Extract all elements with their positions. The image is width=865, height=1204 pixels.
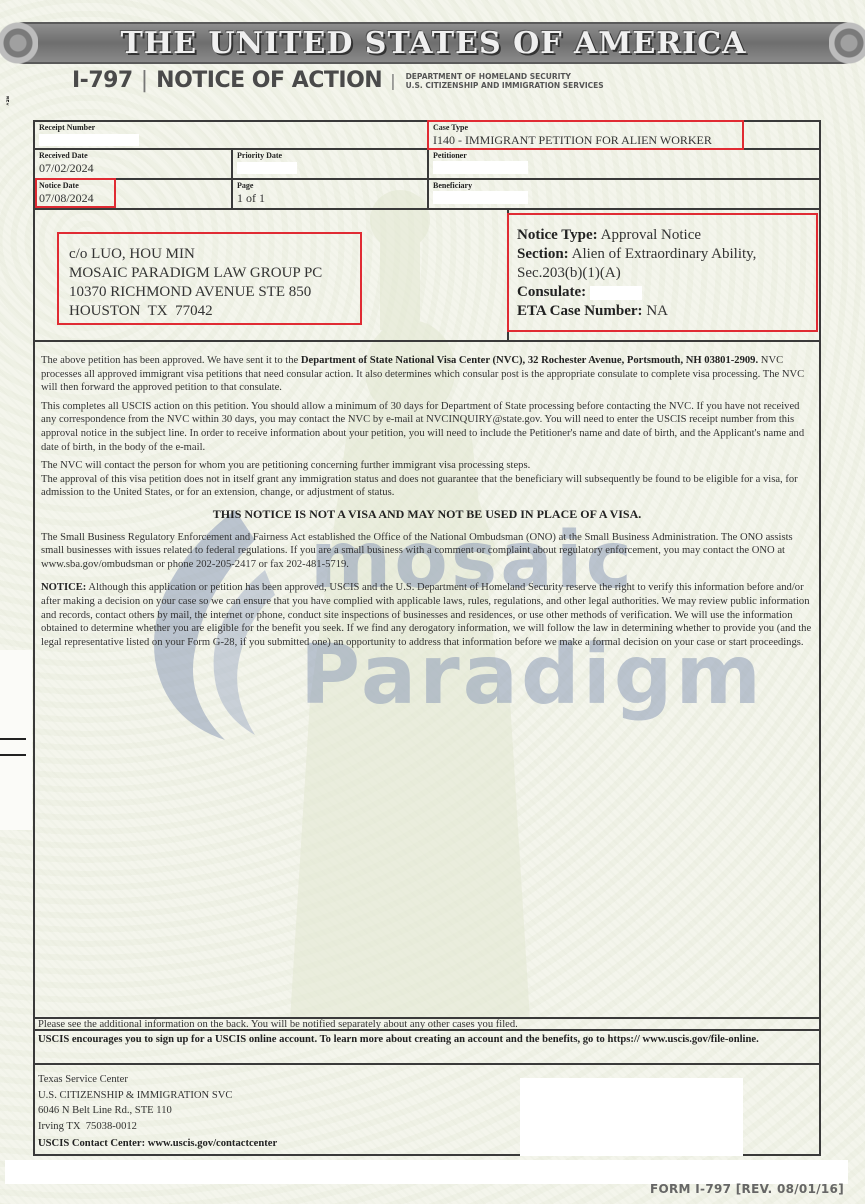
notice-label: NOTICE: xyxy=(41,582,86,593)
eta-case-number: ETA Case Number: NA xyxy=(517,302,819,321)
paragraph-nvc-contact: This completes all USCIS action on this … xyxy=(41,400,813,454)
address-line-4: HOUSTON TX 77042 xyxy=(69,302,322,321)
section-value-2: Sec.203(b)(1)(A) xyxy=(517,264,819,283)
form-revision: FORM I-797 [REV. 08/01/16] xyxy=(650,1182,844,1196)
beneficiary-cell: Beneficiary xyxy=(427,180,819,208)
page-label: Page xyxy=(237,181,423,191)
received-date-cell: Received Date 07/02/2024 xyxy=(35,150,231,178)
consulate-redacted xyxy=(590,286,642,300)
nvc-address: Department of State National Visa Center… xyxy=(301,355,758,366)
notice-body: The above petition has been approved. We… xyxy=(41,354,813,654)
section: Section: Alien of Extraordinary Ability, xyxy=(517,245,819,264)
priority-date-redacted xyxy=(237,162,297,174)
section-value: Alien of Extraordinary Ability, xyxy=(572,246,757,262)
eta-value: NA xyxy=(646,303,668,319)
notice-type-label: Notice Type: xyxy=(517,227,598,243)
department-line1: DEPARTMENT OF HOMELAND SECURITY xyxy=(406,72,571,81)
receipt-number-redacted xyxy=(39,134,139,146)
form-code: I-797 xyxy=(72,68,133,93)
paragraph-ombudsman: The Small Business Regulatory Enforcemen… xyxy=(41,531,813,572)
service-center-line-1: Texas Service Center xyxy=(38,1072,232,1088)
service-center-line-4: Irving TX 75038-0012 xyxy=(38,1119,232,1135)
form-name: NOTICE OF ACTION xyxy=(156,68,382,93)
petitioner-redacted xyxy=(433,161,528,174)
notice-text: Although this application or petition ha… xyxy=(41,582,811,647)
title-separator: | xyxy=(141,68,148,93)
notice-date-cell: Notice Date 07/08/2024 xyxy=(35,180,231,208)
scan-marks xyxy=(0,738,26,770)
contact-center: USCIS Contact Center: www.uscis.gov/cont… xyxy=(38,1138,277,1149)
paragraph-no-status: The approval of this visa petition does … xyxy=(41,473,813,500)
redacted-barcode xyxy=(520,1078,743,1156)
notice-date-value: 07/08/2024 xyxy=(39,191,227,205)
consulate-label: Consulate: xyxy=(517,284,586,300)
case-type-label: Case Type xyxy=(433,123,815,133)
receipt-number-label: Receipt Number xyxy=(39,123,423,133)
banner-title: THE UNITED STATES OF AMERICA xyxy=(121,26,747,61)
priority-date-label: Priority Date xyxy=(237,151,423,161)
petitioner-label: Petitioner xyxy=(433,151,815,161)
title-separator: | xyxy=(390,71,395,90)
consulate: Consulate: xyxy=(517,283,819,302)
row-notice-date: Notice Date 07/08/2024 Page 1 of 1 Benef… xyxy=(35,180,819,210)
notice-type: Notice Type: Approval Notice xyxy=(517,226,819,245)
mailing-address: c/o LUO, HOU MIN MOSAIC PARADIGM LAW GRO… xyxy=(69,245,322,321)
notice-date-label: Notice Date xyxy=(39,181,227,191)
address-line-3: 10370 RICHMOND AVENUE STE 850 xyxy=(69,283,322,302)
banner: THE UNITED STATES OF AMERICA xyxy=(6,22,861,64)
case-type-value: I140 - IMMIGRANT PETITION FOR ALIEN WORK… xyxy=(433,133,815,147)
address-row: c/o LUO, HOU MIN MOSAIC PARADIGM LAW GRO… xyxy=(35,210,819,342)
address-line-1: c/o LUO, HOU MIN xyxy=(69,245,322,264)
department-line2: U.S. CITIZENSHIP AND IMMIGRATION SERVICE… xyxy=(406,81,604,90)
additional-info: Please see the additional information on… xyxy=(35,1017,819,1031)
notice-details: Notice Type: Approval Notice Section: Al… xyxy=(507,210,819,340)
service-center-line-3: 6046 N Belt Line Rd., STE 110 xyxy=(38,1103,232,1119)
page-value: 1 of 1 xyxy=(237,191,423,205)
service-center-line-2: U.S. CITIZENSHIP & IMMIGRATION SVC xyxy=(38,1088,232,1104)
notice-type-value: Approval Notice xyxy=(601,227,701,243)
p1-text: The above petition has been approved. We… xyxy=(41,355,301,366)
page-cell: Page 1 of 1 xyxy=(231,180,427,208)
address-line-2: MOSAIC PARADIGM LAW GROUP PC xyxy=(69,264,322,283)
petitioner-cell: Petitioner xyxy=(427,150,819,178)
service-center-address: Texas Service Center U.S. CITIZENSHIP & … xyxy=(38,1072,232,1134)
eta-label: ETA Case Number: xyxy=(517,303,643,319)
department-block: DEPARTMENT OF HOMELAND SECURITY U.S. CIT… xyxy=(406,72,604,90)
beneficiary-redacted xyxy=(433,191,528,204)
case-type-cell: Case Type I140 - IMMIGRANT PETITION FOR … xyxy=(427,122,819,148)
row-receipt: Receipt Number Case Type I140 - IMMIGRAN… xyxy=(35,122,819,150)
paragraph-nvc-steps: The NVC will contact the person for whom… xyxy=(41,459,813,473)
section-label: Section: xyxy=(517,246,569,262)
receipt-number-cell: Receipt Number xyxy=(35,122,427,148)
not-a-visa-warning: THIS NOTICE IS NOT A VISA AND MAY NOT BE… xyxy=(41,508,813,522)
received-date-value: 07/02/2024 xyxy=(39,161,227,175)
side-mark: ᴿᴱᵛ xyxy=(2,96,10,124)
received-date-label: Received Date xyxy=(39,151,227,161)
beneficiary-label: Beneficiary xyxy=(433,181,815,191)
redacted-strip xyxy=(5,1160,848,1184)
form-title-row: I-797 | NOTICE OF ACTION | DEPARTMENT OF… xyxy=(72,68,604,93)
online-account-info: USCIS encourages you to sign up for a US… xyxy=(35,1031,819,1065)
paragraph-approval: The above petition has been approved. We… xyxy=(41,354,813,395)
paragraph-verification-notice: NOTICE: Although this application or pet… xyxy=(41,581,813,649)
priority-date-cell: Priority Date xyxy=(231,150,427,178)
notice-form: Receipt Number Case Type I140 - IMMIGRAN… xyxy=(33,120,821,1156)
row-dates: Received Date 07/02/2024 Priority Date P… xyxy=(35,150,819,180)
